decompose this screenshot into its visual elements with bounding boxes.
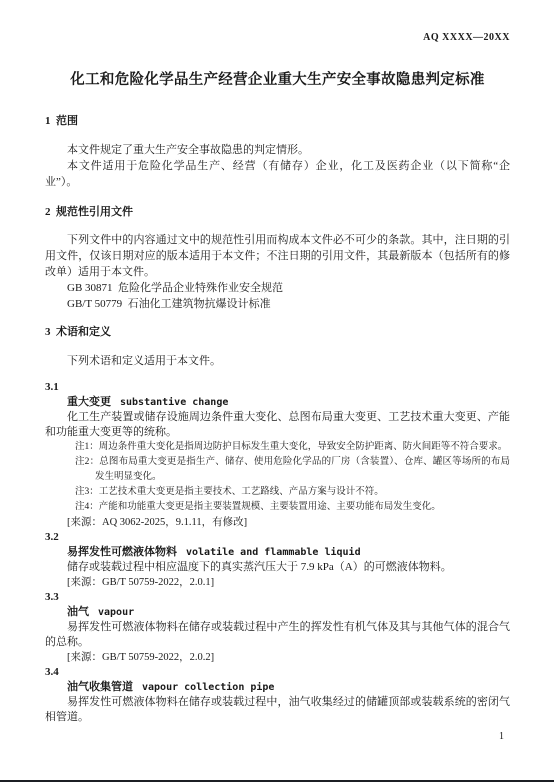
term-number: 3.1 xyxy=(45,380,510,395)
normative-reference: GB/T 50779 石油化工建筑物抗爆设计标准 xyxy=(45,296,510,312)
section-1-paragraph: 本文件适用于危险化学品生产、经营（有储存）企业，化工及医药企业（以下简称“企业”… xyxy=(45,158,510,190)
document-page: AQ XXXX—20XX 化工和危险化学品生产经营企业重大生产安全事故隐患判定标… xyxy=(0,0,554,782)
term-name: 易挥发性可燃液体物料volatile and flammable liquid xyxy=(45,545,510,560)
section-1-heading: 1 范围 xyxy=(45,114,510,128)
section-2-paragraph: 下列文件中的内容通过文中的规范性引用而构成本文件必不可少的条款。其中，注日期的引… xyxy=(45,232,510,280)
normative-reference: GB 30871 危险化学品企业特殊作业安全规范 xyxy=(45,280,510,296)
term-number: 3.3 xyxy=(45,590,510,605)
term-note: 注1：周边条件重大变化是指周边防护目标发生重大变化，导致安全防护距离、防火间距等… xyxy=(45,440,510,455)
term-name-en: vapour xyxy=(98,607,134,618)
term-block: 3.1 重大变更substantive change 化工生产装置或储存设施周边… xyxy=(45,380,510,530)
document-title: 化工和危险化学品生产经营企业重大生产安全事故隐患判定标准 xyxy=(45,70,510,90)
page-number: 1 xyxy=(45,730,510,743)
section-2-heading: 2 规范性引用文件 xyxy=(45,205,510,219)
standard-code: AQ XXXX—20XX xyxy=(45,32,510,44)
term-name: 油气收集管道vapour collection pipe xyxy=(45,680,510,695)
section-1-paragraph: 本文件规定了重大生产安全事故隐患的判定情形。 xyxy=(45,142,510,158)
term-note: 注2：总图布局重大变更是指生产、储存、使用危险化学品的厂房（含装置）、仓库、罐区… xyxy=(45,455,510,485)
term-name-zh: 油气 xyxy=(67,606,89,618)
terms-and-definitions: 3.1 重大变更substantive change 化工生产装置或储存设施周边… xyxy=(45,380,510,725)
term-definition: 化工生产装置或储存设施周边条件重大变化、总图布局重大变更、工艺技术重大变更、产能… xyxy=(45,410,510,440)
page-content: AQ XXXX—20XX 化工和危险化学品生产经营企业重大生产安全事故隐患判定标… xyxy=(0,0,554,743)
term-name-zh: 易挥发性可燃液体物料 xyxy=(67,546,177,558)
term-block: 3.3 油气vapour 易挥发性可燃液体物料在储存或装载过程中产生的挥发性有机… xyxy=(45,590,510,665)
term-definition: 易挥发性可燃液体物料在储存或装载过程中，油气收集经过的储罐顶部或装载系统的密闭气… xyxy=(45,695,510,725)
term-name: 重大变更substantive change xyxy=(45,395,510,410)
term-source: [来源：GB/T 50759-2022，2.0.2] xyxy=(45,650,510,665)
term-definition: 储存或装载过程中相应温度下的真实蒸汽压大于 7.9 kPa（A）的可燃液体物料。 xyxy=(45,560,510,575)
term-name-zh: 油气收集管道 xyxy=(67,681,133,693)
term-name-zh: 重大变更 xyxy=(67,396,111,408)
term-definition: 易挥发性可燃液体物料在储存或装载过程中产生的挥发性有机气体及其与其他气体的混合气… xyxy=(45,620,510,650)
term-block: 3.4 油气收集管道vapour collection pipe 易挥发性可燃液… xyxy=(45,665,510,725)
section-3-paragraph: 下列术语和定义适用于本文件。 xyxy=(45,353,510,369)
term-number: 3.4 xyxy=(45,665,510,680)
term-source: [来源：GB/T 50759-2022，2.0.1] xyxy=(45,575,510,590)
term-number: 3.2 xyxy=(45,530,510,545)
term-note: 注3：工艺技术重大变更是指主要技术、工艺路线、产品方案与设计不符。 xyxy=(45,485,510,500)
term-block: 3.2 易挥发性可燃液体物料volatile and flammable liq… xyxy=(45,530,510,590)
term-name-en: substantive change xyxy=(120,397,228,408)
term-name-en: vapour collection pipe xyxy=(142,682,274,693)
term-source: [来源：AQ 3062-2025，9.1.11，有修改] xyxy=(45,515,510,530)
term-name-en: volatile and flammable liquid xyxy=(186,547,361,558)
term-name: 油气vapour xyxy=(45,605,510,620)
term-note: 注4：产能和功能重大变更是指主要装置规模、主要装置用途、主要功能布局发生变化。 xyxy=(45,500,510,515)
section-3-heading: 3 术语和定义 xyxy=(45,325,510,339)
